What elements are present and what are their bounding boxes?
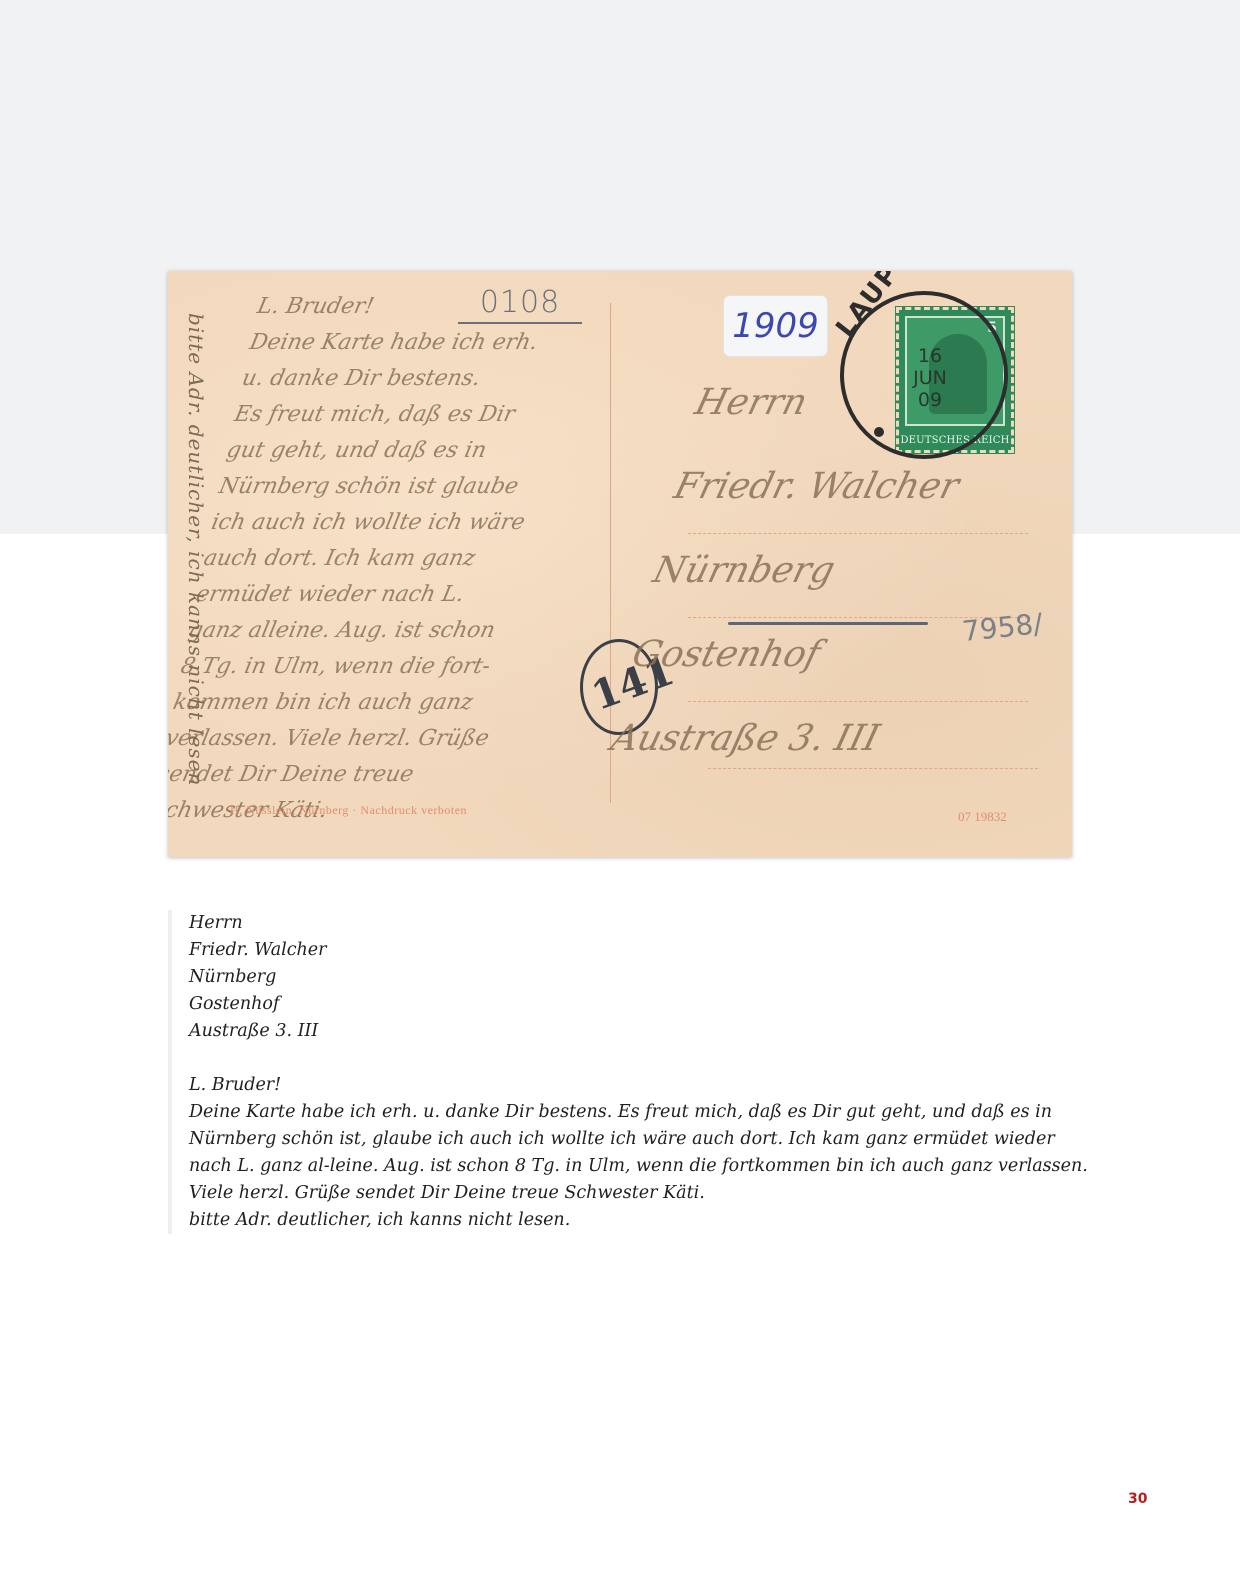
- pencil-note: 7958/: [960, 607, 1044, 648]
- publisher-imprint: H. Nüsslein, Nürnberg · Nachdruck verbot…: [230, 803, 467, 818]
- message-closing: Viele herzl. Grüße sendet Dir Deine treu…: [189, 1180, 1089, 1207]
- handwritten-address: Herrn Friedr. Walcher Nürnberg Gostenhof…: [602, 361, 1072, 781]
- transcription-block: Herrn Friedr. Walcher Nürnberg Gostenhof…: [168, 910, 1089, 1234]
- postmark-city: LAUPHEIM: [830, 271, 957, 343]
- message-salutation: L. Bruder!: [189, 1072, 1089, 1099]
- address-line: Austraße 3. III: [189, 1018, 1089, 1045]
- handwritten-message: L. Bruder! Deine Karte habe ich erh. u. …: [168, 289, 681, 829]
- address-line: Gostenhof: [189, 991, 1089, 1018]
- address-line: Nürnberg: [189, 964, 1089, 991]
- postcard-image: L. Bruder! Deine Karte habe ich erh. u. …: [168, 271, 1072, 857]
- pencil-underline: [728, 622, 928, 625]
- card-code: 07 19832: [958, 809, 1007, 825]
- archive-number: 0108: [458, 285, 582, 324]
- address-line: Herrn: [189, 910, 1089, 937]
- address-line: Friedr. Walcher: [189, 937, 1089, 964]
- paragraph-gap: [189, 1045, 1089, 1072]
- handwritten-side-note: bitte Adr. deutlicher, ich kanns nicht l…: [184, 313, 208, 833]
- page-number: 30: [1128, 1491, 1147, 1507]
- message-postscript: bitte Adr. deutlicher, ich kanns nicht l…: [189, 1207, 1089, 1234]
- year-label-sticker: 1909: [724, 296, 827, 356]
- message-body: Deine Karte habe ich erh. u. danke Dir b…: [189, 1099, 1089, 1180]
